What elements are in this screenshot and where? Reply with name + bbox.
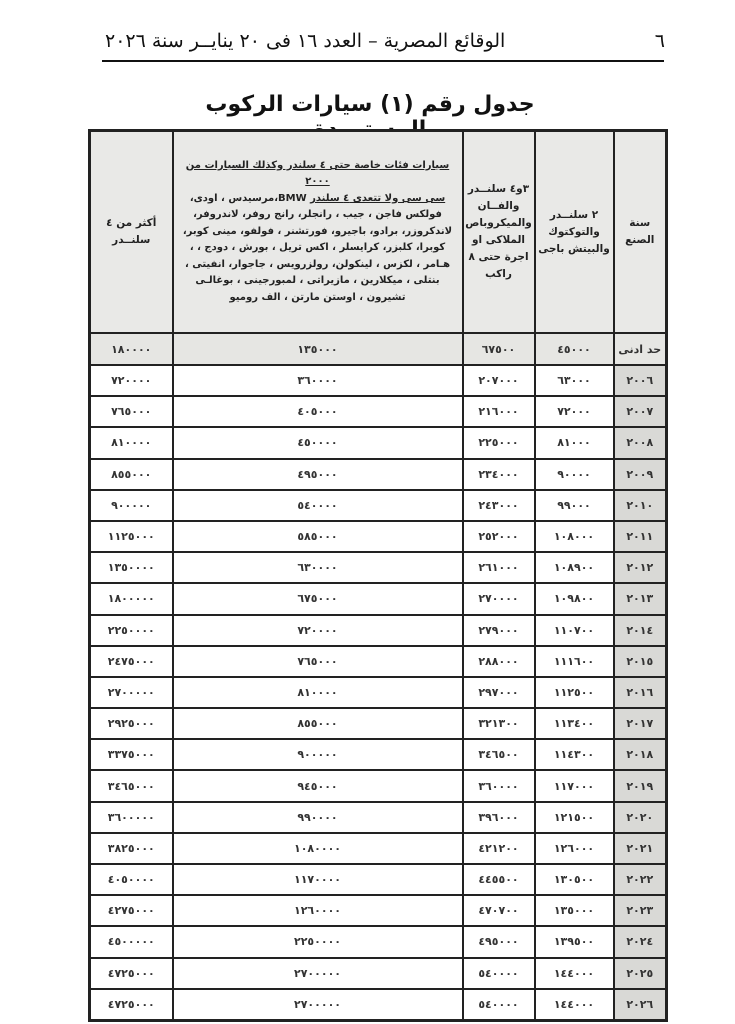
value-cell-2-cylinder: ١٣٩٥٠٠ <box>535 926 614 957</box>
value-cell-more-than-4: ٤٧٢٥٠٠٠ <box>90 958 173 989</box>
value-cell-more-than-4: ٢٧٠٠٠٠٠ <box>90 677 173 708</box>
table-row: ٢٠٠٩٩٠٠٠٠٢٣٤٠٠٠٤٩٥٠٠٠٨٥٥٠٠٠ <box>90 459 667 490</box>
header-line: راكب <box>464 266 534 283</box>
value-cell-2-cylinder: ١٣٥٠٠٠ <box>535 895 614 926</box>
header-brand-list: فولكس فاجن ، جيب ، رانجلر، رانج روفر، لا… <box>180 207 456 306</box>
column-header-special-categories: سيارات فئات خاصة حتى ٤ سلندر وكذلك السيا… <box>173 131 463 334</box>
value-cell-3-4-cylinder: ٢٣٤٠٠٠ <box>463 459 535 490</box>
value-cell-2-cylinder: ١١٤٣٠٠ <box>535 739 614 770</box>
value-cell-special: ٦٣٠٠٠٠ <box>173 552 463 583</box>
table-row: ٢٠١٤١١٠٧٠٠٢٧٩٠٠٠٧٢٠٠٠٠٢٢٥٠٠٠٠ <box>90 615 667 646</box>
value-cell-2-cylinder: ١٢٦٠٠٠ <box>535 833 614 864</box>
value-cell-3-4-cylinder: ٢٧٠٠٠٠ <box>463 583 535 614</box>
year-cell: ٢٠٢٤ <box>614 926 667 957</box>
year-cell: ٢٠١٩ <box>614 770 667 801</box>
header-line: الملاكى او <box>464 232 534 249</box>
value-cell-3-4-cylinder: ٢٨٨٠٠٠ <box>463 646 535 677</box>
value-cell-3-4-cylinder: ٣٢١٣٠٠ <box>463 708 535 739</box>
value-cell-3-4-cylinder: ٥٤٠٠٠٠ <box>463 958 535 989</box>
value-cell-special: ٣٦٠٠٠٠ <box>173 365 463 396</box>
table-row: ٢٠٢٢١٣٠٥٠٠٤٤٥٥٠٠١١٧٠٠٠٠٤٠٥٠٠٠٠ <box>90 864 667 895</box>
value-cell-2-cylinder: ١٠٨٠٠٠ <box>535 521 614 552</box>
table-row: ٢٠١٧١١٣٤٠٠٣٢١٣٠٠٨٥٥٠٠٠٢٩٢٥٠٠٠ <box>90 708 667 739</box>
value-cell-more-than-4: ٩٠٠٠٠٠ <box>90 490 173 521</box>
value-cell-2-cylinder: ٤٥٠٠٠ <box>535 333 614 365</box>
value-cell-special: ٤٠٥٠٠٠ <box>173 396 463 427</box>
header-line: والتوكتوك <box>536 224 613 241</box>
value-cell-more-than-4: ١٨٠٠٠٠ <box>90 333 173 365</box>
value-cell-2-cylinder: ١١٧٠٠٠ <box>535 770 614 801</box>
value-cell-special: ٩٠٠٠٠٠ <box>173 739 463 770</box>
table-row: ٢٠١٣١٠٩٨٠٠٢٧٠٠٠٠٦٧٥٠٠٠١٨٠٠٠٠٠ <box>90 583 667 614</box>
value-cell-special: ٥٨٥٠٠٠ <box>173 521 463 552</box>
header-line: ٢ سلنــدر <box>536 207 613 224</box>
value-cell-3-4-cylinder: ٦٧٥٠٠ <box>463 333 535 365</box>
value-cell-2-cylinder: ١٠٨٩٠٠ <box>535 552 614 583</box>
table-row: ٢٠١٨١١٤٣٠٠٣٤٦٥٠٠٩٠٠٠٠٠٣٣٧٥٠٠٠ <box>90 739 667 770</box>
header-divider <box>102 60 664 62</box>
table-row: ٢٠٢٦١٤٤٠٠٠٥٤٠٠٠٠٢٧٠٠٠٠٠٤٧٢٥٠٠٠ <box>90 989 667 1021</box>
year-cell: ٢٠١٣ <box>614 583 667 614</box>
header-line-underlined: سيارات فئات خاصة حتى ٤ سلندر وكذلك السيا… <box>180 158 456 191</box>
value-cell-more-than-4: ٣٤٦٥٠٠٠ <box>90 770 173 801</box>
header-line: والفــان <box>464 198 534 215</box>
year-cell: حد ادنى <box>614 333 667 365</box>
column-header-more-than-4-cylinder: أكثر من ٤ سلنــدر <box>90 131 173 334</box>
value-cell-2-cylinder: ٧٢٠٠٠ <box>535 396 614 427</box>
year-cell: ٢٠١٠ <box>614 490 667 521</box>
year-cell: ٢٠٠٩ <box>614 459 667 490</box>
table-row: ٢٠٠٦٦٣٠٠٠٢٠٧٠٠٠٣٦٠٠٠٠٧٢٠٠٠٠ <box>90 365 667 396</box>
value-cell-2-cylinder: ١١٠٧٠٠ <box>535 615 614 646</box>
value-cell-more-than-4: ١٨٠٠٠٠٠ <box>90 583 173 614</box>
value-cell-2-cylinder: ١٠٩٨٠٠ <box>535 583 614 614</box>
value-cell-2-cylinder: ١١١٦٠٠ <box>535 646 614 677</box>
header-line: سلنــدر <box>91 232 172 249</box>
value-cell-3-4-cylinder: ٤٧٠٧٠٠ <box>463 895 535 926</box>
value-cell-3-4-cylinder: ٣٤٦٥٠٠ <box>463 739 535 770</box>
value-cell-special: ٢٧٠٠٠٠٠ <box>173 989 463 1021</box>
year-cell: ٢٠١٥ <box>614 646 667 677</box>
year-cell: ٢٠١٨ <box>614 739 667 770</box>
table-row: ٢٠٢٤١٣٩٥٠٠٤٩٥٠٠٠٢٢٥٠٠٠٠٤٥٠٠٠٠٠ <box>90 926 667 957</box>
running-title: الوقائع المصرية – العدد ١٦ فى ٢٠ ينايــر… <box>105 30 505 52</box>
header-line: سى سى ولا تتعدى ٤ سلندر BMW،مرسيدس ، اود… <box>180 191 456 208</box>
value-cell-3-4-cylinder: ٢٥٢٠٠٠ <box>463 521 535 552</box>
value-cell-3-4-cylinder: ٢٠٧٠٠٠ <box>463 365 535 396</box>
value-cell-2-cylinder: ١٤٤٠٠٠ <box>535 989 614 1021</box>
value-cell-more-than-4: ٣٨٢٥٠٠٠ <box>90 833 173 864</box>
year-cell: ٢٠٢٥ <box>614 958 667 989</box>
value-cell-special: ٨١٠٠٠٠ <box>173 677 463 708</box>
value-cell-more-than-4: ٢٤٧٥٠٠٠ <box>90 646 173 677</box>
value-cell-more-than-4: ٤٠٥٠٠٠٠ <box>90 864 173 895</box>
value-cell-3-4-cylinder: ٢٧٩٠٠٠ <box>463 615 535 646</box>
column-header-2-cylinder: ٢ سلنــدر والتوكتوك والبيتش باجى <box>535 131 614 334</box>
year-cell: ٢٠٠٨ <box>614 427 667 458</box>
value-cell-more-than-4: ١١٢٥٠٠٠ <box>90 521 173 552</box>
table-row: ٢٠٢٥١٤٤٠٠٠٥٤٠٠٠٠٢٧٠٠٠٠٠٤٧٢٥٠٠٠ <box>90 958 667 989</box>
value-cell-3-4-cylinder: ٢٤٣٠٠٠ <box>463 490 535 521</box>
year-cell: ٢٠٢١ <box>614 833 667 864</box>
header-line: ٣و٤ سلنــدر <box>464 181 534 198</box>
value-cell-2-cylinder: ١١٣٤٠٠ <box>535 708 614 739</box>
value-cell-more-than-4: ١٣٥٠٠٠٠ <box>90 552 173 583</box>
value-cell-special: ٦٧٥٠٠٠ <box>173 583 463 614</box>
value-cell-more-than-4: ٢٢٥٠٠٠٠ <box>90 615 173 646</box>
table-row: ٢٠١١١٠٨٠٠٠٢٥٢٠٠٠٥٨٥٠٠٠١١٢٥٠٠٠ <box>90 521 667 552</box>
table-row: ٢٠١٢١٠٨٩٠٠٢٦١٠٠٠٦٣٠٠٠٠١٣٥٠٠٠٠ <box>90 552 667 583</box>
value-cell-2-cylinder: ٦٣٠٠٠ <box>535 365 614 396</box>
table-row: ٢٠١٥١١١٦٠٠٢٨٨٠٠٠٧٦٥٠٠٠٢٤٧٥٠٠٠ <box>90 646 667 677</box>
value-cell-2-cylinder: ١٢١٥٠٠ <box>535 802 614 833</box>
value-cell-special: ١٣٥٠٠٠ <box>173 333 463 365</box>
value-cell-3-4-cylinder: ٢٦١٠٠٠ <box>463 552 535 583</box>
value-cell-special: ٤٩٥٠٠٠ <box>173 459 463 490</box>
table-row: ٢٠٢١١٢٦٠٠٠٤٢١٢٠٠١٠٨٠٠٠٠٣٨٢٥٠٠٠ <box>90 833 667 864</box>
page-number: ٦ <box>655 30 665 52</box>
table-row: ٢٠١٦١١٢٥٠٠٢٩٧٠٠٠٨١٠٠٠٠٢٧٠٠٠٠٠ <box>90 677 667 708</box>
value-cell-special: ١١٧٠٠٠٠ <box>173 864 463 895</box>
year-cell: ٢٠١٤ <box>614 615 667 646</box>
value-cell-more-than-4: ٢٩٢٥٠٠٠ <box>90 708 173 739</box>
value-cell-special: ٢٢٥٠٠٠٠ <box>173 926 463 957</box>
value-cell-3-4-cylinder: ٣٩٦٠٠٠ <box>463 802 535 833</box>
value-cell-more-than-4: ٤٧٢٥٠٠٠ <box>90 989 173 1021</box>
column-header-3-4-cylinder: ٣و٤ سلنــدر والفــان والميكروباص الملاكى… <box>463 131 535 334</box>
value-cell-3-4-cylinder: ٤٤٥٥٠٠ <box>463 864 535 895</box>
value-cell-more-than-4: ٤٢٧٥٠٠٠ <box>90 895 173 926</box>
page-header: ٦ الوقائع المصرية – العدد ١٦ فى ٢٠ ينايـ… <box>105 26 665 56</box>
table-row: ٢٠١٠٩٩٠٠٠٢٤٣٠٠٠٥٤٠٠٠٠٩٠٠٠٠٠ <box>90 490 667 521</box>
year-cell: ٢٠٠٦ <box>614 365 667 396</box>
table-row: ٢٠٠٨٨١٠٠٠٢٢٥٠٠٠٤٥٠٠٠٠٨١٠٠٠٠ <box>90 427 667 458</box>
value-cell-special: ١٠٨٠٠٠٠ <box>173 833 463 864</box>
column-header-year: سنة الصنع <box>614 131 667 334</box>
value-cell-2-cylinder: ١١٢٥٠٠ <box>535 677 614 708</box>
header-line: والميكروباص <box>464 215 534 232</box>
value-cell-special: ٧٢٠٠٠٠ <box>173 615 463 646</box>
value-cell-3-4-cylinder: ٢٢٥٠٠٠ <box>463 427 535 458</box>
value-cell-3-4-cylinder: ٤٩٥٠٠٠ <box>463 926 535 957</box>
year-cell: ٢٠٢٠ <box>614 802 667 833</box>
value-cell-special: ١٢٦٠٠٠٠ <box>173 895 463 926</box>
value-cell-special: ٧٦٥٠٠٠ <box>173 646 463 677</box>
value-cell-special: ٢٧٠٠٠٠٠ <box>173 958 463 989</box>
value-cell-special: ٩٩٠٠٠٠ <box>173 802 463 833</box>
header-line-underlined: سى سى ولا تتعدى ٤ سلندر <box>310 193 445 204</box>
value-cell-special: ٥٤٠٠٠٠ <box>173 490 463 521</box>
year-cell: ٢٠١٧ <box>614 708 667 739</box>
value-cell-more-than-4: ٤٥٠٠٠٠٠ <box>90 926 173 957</box>
header-line: اجرة حتى ٨ <box>464 249 534 266</box>
minimum-row: حد ادنى ٤٥٠٠٠ ٦٧٥٠٠ ١٣٥٠٠٠ ١٨٠٠٠٠ <box>90 333 667 365</box>
value-cell-2-cylinder: ٩٩٠٠٠ <box>535 490 614 521</box>
table-row: ٢٠٢٠١٢١٥٠٠٣٩٦٠٠٠٩٩٠٠٠٠٣٦٠٠٠٠٠ <box>90 802 667 833</box>
header-line-brands-start: BMW،مرسيدس ، اودى، <box>190 193 307 204</box>
value-cell-3-4-cylinder: ٣٦٠٠٠٠ <box>463 770 535 801</box>
table-row: ٢٠٠٧٧٢٠٠٠٢١٦٠٠٠٤٠٥٠٠٠٧٦٥٠٠٠ <box>90 396 667 427</box>
header-line: أكثر من ٤ <box>91 215 172 232</box>
value-cell-2-cylinder: ٨١٠٠٠ <box>535 427 614 458</box>
year-cell: ٢٠٢٢ <box>614 864 667 895</box>
year-cell: ٢٠١٢ <box>614 552 667 583</box>
year-cell: ٢٠٢٦ <box>614 989 667 1021</box>
value-cell-more-than-4: ٣٦٠٠٠٠٠ <box>90 802 173 833</box>
year-cell: ٢٠٢٣ <box>614 895 667 926</box>
rates-table-container: سنة الصنع ٢ سلنــدر والتوكتوك والبيتش با… <box>88 129 665 1022</box>
value-cell-2-cylinder: ١٣٠٥٠٠ <box>535 864 614 895</box>
value-cell-special: ٨٥٥٠٠٠ <box>173 708 463 739</box>
year-cell: ٢٠٠٧ <box>614 396 667 427</box>
value-cell-2-cylinder: ٩٠٠٠٠ <box>535 459 614 490</box>
value-cell-3-4-cylinder: ٤٢١٢٠٠ <box>463 833 535 864</box>
value-cell-more-than-4: ٨١٠٠٠٠ <box>90 427 173 458</box>
year-cell: ٢٠١٦ <box>614 677 667 708</box>
value-cell-2-cylinder: ١٤٤٠٠٠ <box>535 958 614 989</box>
value-cell-more-than-4: ٣٣٧٥٠٠٠ <box>90 739 173 770</box>
value-cell-more-than-4: ٧٦٥٠٠٠ <box>90 396 173 427</box>
value-cell-3-4-cylinder: ٥٤٠٠٠٠ <box>463 989 535 1021</box>
year-cell: ٢٠١١ <box>614 521 667 552</box>
table-row: ٢٠١٩١١٧٠٠٠٣٦٠٠٠٠٩٤٥٠٠٠٣٤٦٥٠٠٠ <box>90 770 667 801</box>
table-row: ٢٠٢٣١٣٥٠٠٠٤٧٠٧٠٠١٢٦٠٠٠٠٤٢٧٥٠٠٠ <box>90 895 667 926</box>
imported-cars-rates-table: سنة الصنع ٢ سلنــدر والتوكتوك والبيتش با… <box>88 129 668 1022</box>
value-cell-more-than-4: ٧٢٠٠٠٠ <box>90 365 173 396</box>
header-line: والبيتش باجى <box>536 241 613 258</box>
value-cell-more-than-4: ٨٥٥٠٠٠ <box>90 459 173 490</box>
value-cell-3-4-cylinder: ٢٩٧٠٠٠ <box>463 677 535 708</box>
value-cell-special: ٩٤٥٠٠٠ <box>173 770 463 801</box>
value-cell-3-4-cylinder: ٢١٦٠٠٠ <box>463 396 535 427</box>
value-cell-special: ٤٥٠٠٠٠ <box>173 427 463 458</box>
table-header-row: سنة الصنع ٢ سلنــدر والتوكتوك والبيتش با… <box>90 131 667 334</box>
